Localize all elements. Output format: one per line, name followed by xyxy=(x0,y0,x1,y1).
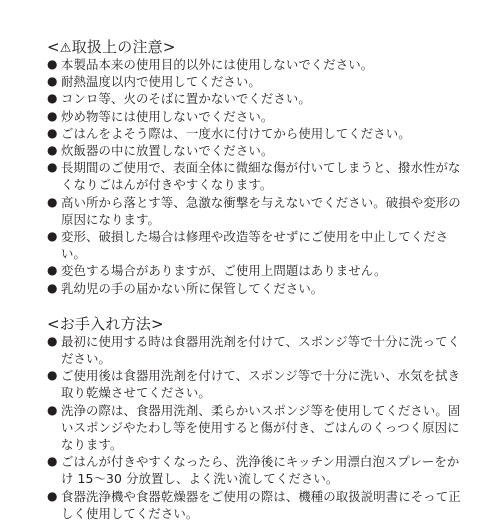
list-item-text: 食器洗浄機や食器乾燥器をご使用の際は、機種の取扱説明書にそって正しく使用してくだ… xyxy=(61,488,467,500)
bullet-icon: ● xyxy=(47,159,61,193)
list-item-text: ごはんが付きやすくなったら、洗浄後にキッチン用漂白泡スプレーをかけ 15〜30 … xyxy=(61,453,467,487)
warning-icon: ⚠ xyxy=(60,41,72,56)
list-item-text: 炒め物等には使用しないでください。 xyxy=(61,108,467,125)
heading-close-bracket: > xyxy=(163,38,176,56)
list-item-text: 最初に使用する時は食器用洗剤を付けて、スポンジ等で十分に洗ってください。 xyxy=(61,333,467,367)
list-item-text: 本製品本来の使用目的以外には使用しないでください。 xyxy=(61,56,467,73)
bullet-icon: ● xyxy=(47,402,61,454)
list-item: ●変形、破損した場合は修理や改造等をせずにご使用を中止してください。 xyxy=(47,228,467,262)
caution-heading: <⚠取扱上の注意> xyxy=(47,38,467,56)
list-item: ●食器洗浄機や食器乾燥器をご使用の際は、機種の取扱説明書にそって正しく使用してく… xyxy=(47,488,467,500)
list-item-text: 変形、破損した場合は修理や改造等をせずにご使用を中止してください。 xyxy=(61,228,467,262)
caution-heading-title: 取扱上の注意 xyxy=(72,38,163,56)
list-item: ●炒め物等には使用しないでください。 xyxy=(47,108,467,125)
list-item: ●長期間のご使用で、表面全体に微細な傷が付いてしまうと、撥水性がなくなりごはんが… xyxy=(47,159,467,193)
list-item-text: 乳幼児の手の届かない所に保管してください。 xyxy=(61,280,467,297)
bullet-icon: ● xyxy=(47,488,61,500)
bullet-icon: ● xyxy=(47,108,61,125)
bullet-icon: ● xyxy=(47,90,61,107)
list-item: ●ごはんをよそう際は、一度水に付けてから使用してください。 xyxy=(47,125,467,142)
caution-list: ●本製品本来の使用目的以外には使用しないでください。 ●耐熱温度以内で使用してく… xyxy=(47,56,467,297)
list-item: ●変色する場合がありますが、ご使用上問題はありません。 xyxy=(47,262,467,279)
list-item-text: ごはんをよそう際は、一度水に付けてから使用してください。 xyxy=(61,125,467,142)
list-item: ●コンロ等、火のそばに置かないでください。 xyxy=(47,90,467,107)
list-item: ●耐熱温度以内で使用してください。 xyxy=(47,73,467,90)
bullet-icon: ● xyxy=(47,262,61,279)
list-item: ●炊飯器の中に放置しないでください。 xyxy=(47,142,467,159)
list-item-text: コンロ等、火のそばに置かないでください。 xyxy=(61,90,467,107)
care-list: ●最初に使用する時は食器用洗剤を付けて、スポンジ等で十分に洗ってください。 ●ご… xyxy=(47,333,467,500)
list-item-text: 長期間のご使用で、表面全体に微細な傷が付いてしまうと、撥水性がなくなりごはんが付… xyxy=(61,159,467,193)
list-item: ●高い所から落とす等、急激な衝撃を与えないでください。破損や変形の原因になります… xyxy=(47,194,467,228)
bullet-icon: ● xyxy=(47,142,61,159)
list-item: ●ごはんが付きやすくなったら、洗浄後にキッチン用漂白泡スプレーをかけ 15〜30… xyxy=(47,453,467,487)
list-item: ●最初に使用する時は食器用洗剤を付けて、スポンジ等で十分に洗ってください。 xyxy=(47,333,467,367)
bullet-icon: ● xyxy=(47,125,61,142)
care-heading: <お手入れ方法> xyxy=(47,315,467,333)
list-item-text: 洗浄の際は、食器用洗剤、柔らかいスポンジ等を使用してください。固いスポンジやたわ… xyxy=(61,402,467,454)
bullet-icon: ● xyxy=(47,453,61,487)
bullet-icon: ● xyxy=(47,73,61,90)
bullet-icon: ● xyxy=(47,228,61,262)
list-item: ●洗浄の際は、食器用洗剤、柔らかいスポンジ等を使用してください。固いスポンジやた… xyxy=(47,402,467,454)
care-instructions-document: <⚠取扱上の注意> ●本製品本来の使用目的以外には使用しないでください。 ●耐熱… xyxy=(47,38,467,500)
list-item-text: 変色する場合がありますが、ご使用上問題はありません。 xyxy=(61,262,467,279)
list-item: ●ご使用後は食器用洗剤を付けて、スポンジ等で十分に洗い、水気を拭き取り乾燥させて… xyxy=(47,367,467,401)
list-item: ●乳幼児の手の届かない所に保管してください。 xyxy=(47,280,467,297)
bullet-icon: ● xyxy=(47,333,61,367)
bullet-icon: ● xyxy=(47,367,61,401)
heading-open-bracket: < xyxy=(47,38,60,56)
bullet-icon: ● xyxy=(47,194,61,228)
list-item-text: ご使用後は食器用洗剤を付けて、スポンジ等で十分に洗い、水気を拭き取り乾燥させてく… xyxy=(61,367,467,401)
list-item-text: 高い所から落とす等、急激な衝撃を与えないでください。破損や変形の原因になります。 xyxy=(61,194,467,228)
bullet-icon: ● xyxy=(47,56,61,73)
bullet-icon: ● xyxy=(47,280,61,297)
list-item-text: 耐熱温度以内で使用してください。 xyxy=(61,73,467,90)
list-item: ●本製品本来の使用目的以外には使用しないでください。 xyxy=(47,56,467,73)
list-item-text: 炊飯器の中に放置しないでください。 xyxy=(61,142,467,159)
